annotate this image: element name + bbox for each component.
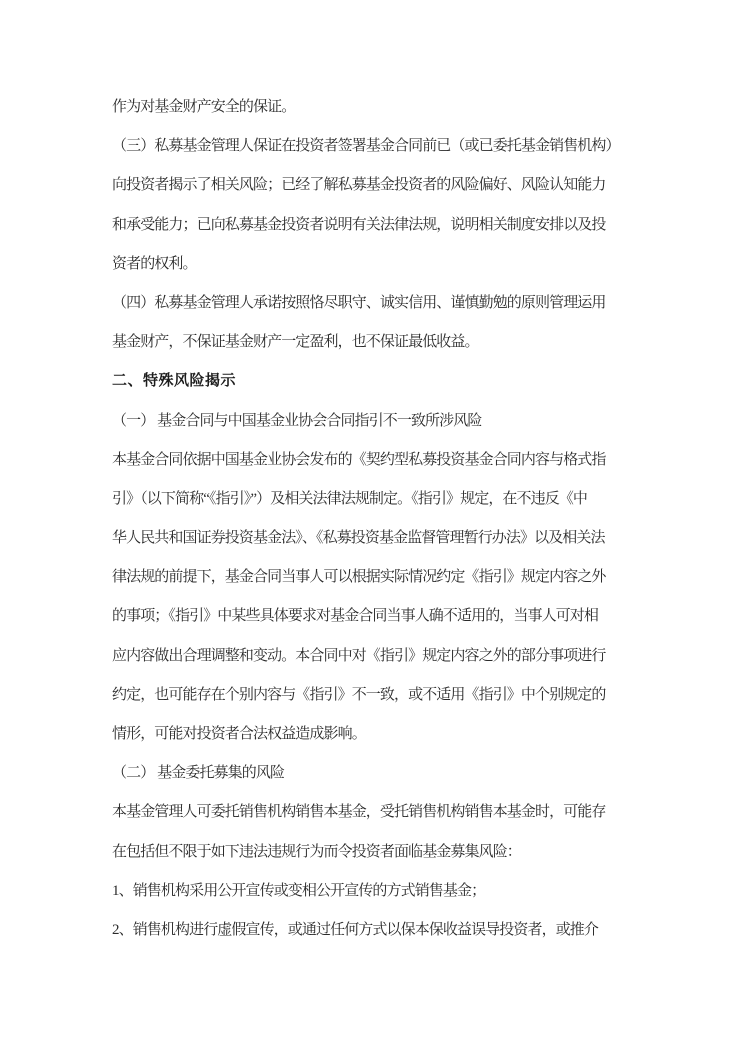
text-line-11: 引》（以下简称“《指引》”）及相关法律法规制定。《指引》规定，在不违反《中 xyxy=(112,480,632,519)
paragraph-start-clause-3: （三）私募基金管理人保证在投资者签署基金合同前已（或已委托基金销售机构） xyxy=(112,127,632,166)
text-line-16: 约定，也可能存在个别内容与《指引》不一致，或不适用《指引》中个别规定的 xyxy=(112,676,632,715)
text-line-13: 律法规的前提下，基金合同当事人可以根据实际情况约定《指引》规定内容之外 xyxy=(112,558,632,597)
list-item-1: 1、销售机构采用公开宣传或变相公开宣传的方式销售基金； xyxy=(112,872,632,911)
list-item-2: 2、销售机构进行虚假宣传，或通过任何方式以保本保收益误导投资者，或推介 xyxy=(112,911,632,950)
text-line-05: 资者的权利。 xyxy=(112,245,632,284)
document-text-block: 作为对基金财产安全的保证。 （三）私募基金管理人保证在投资者签署基金合同前已（或… xyxy=(112,88,632,950)
text-line-10: 本基金合同依据中国基金业协会发布的《契约型私募投资基金合同内容与格式指 xyxy=(112,441,632,480)
text-line-07: 基金财产，不保证基金财产一定盈利，也不保证最低收益。 xyxy=(112,323,632,362)
text-line-12: 华人民共和国证券投资基金法》、《私募投资基金监督管理暂行办法》以及相关法 xyxy=(112,519,632,558)
text-line-01: 作为对基金财产安全的保证。 xyxy=(112,88,632,127)
document-page: 作为对基金财产安全的保证。 （三）私募基金管理人保证在投资者签署基金合同前已（或… xyxy=(0,0,744,1052)
text-line-17: 情形，可能对投资者合法权益造成影响。 xyxy=(112,715,632,754)
section-heading-special-risk-disclosure: 二、特殊风险揭示 xyxy=(112,362,632,401)
text-line-14: 的事项；《指引》中某些具体要求对基金合同当事人确不适用的，当事人可对相 xyxy=(112,597,632,636)
subheading-entrusted-fundraising-risk: （二） 基金委托募集的风险 xyxy=(112,754,632,793)
text-line-19: 本基金管理人可委托销售机构销售本基金，受托销售机构销售本基金时，可能存 xyxy=(112,793,632,832)
subheading-guideline-inconsistency-risk: （一） 基金合同与中国基金业协会合同指引不一致所涉风险 xyxy=(112,402,632,441)
paragraph-start-clause-4: （四）私募基金管理人承诺按照恪尽职守、诚实信用、谨慎勤勉的原则管理运用 xyxy=(112,284,632,323)
text-line-03: 向投资者揭示了相关风险；已经了解私募基金投资者的风险偏好、风险认知能力 xyxy=(112,166,632,205)
text-line-04: 和承受能力；已向私募基金投资者说明有关法律法规，说明相关制度安排以及投 xyxy=(112,206,632,245)
text-line-15: 应内容做出合理调整和变动。本合同中对《指引》规定内容之外的部分事项进行 xyxy=(112,637,632,676)
text-line-20: 在包括但不限于如下违法违规行为而令投资者面临基金募集风险： xyxy=(112,833,632,872)
